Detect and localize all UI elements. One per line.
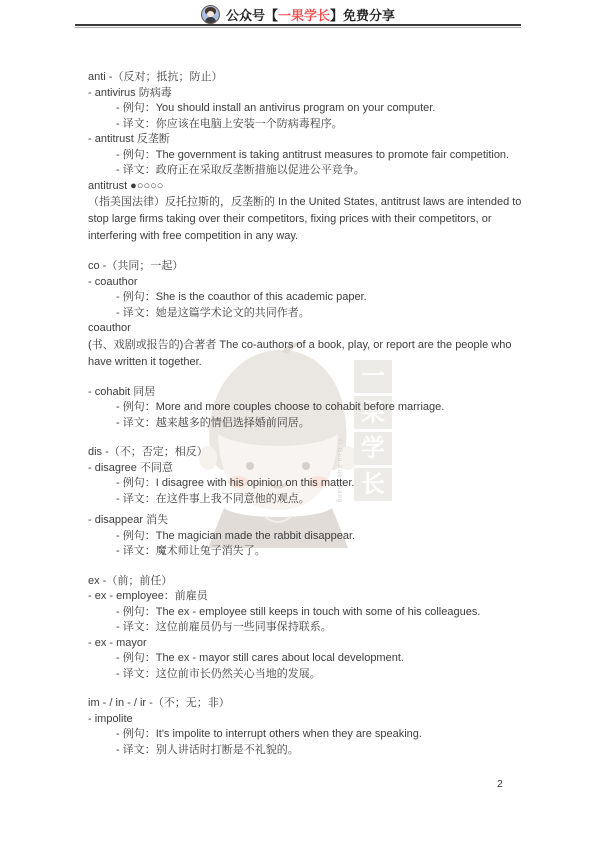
doc-line: (书、戏剧或报告的)合著者 The co-authors of a book, … <box>88 337 524 371</box>
doc-line: - 例句：More and more couples choose to coh… <box>88 400 524 416</box>
doc-line: - antitrust 反垄断 <box>88 132 524 148</box>
doc-line: - 例句：I disagree with his opinion on this… <box>88 476 524 492</box>
doc-line: - cohabit 同居 <box>88 385 524 401</box>
doc-line: - 例句：She is the coauthor of this academi… <box>88 290 524 306</box>
doc-line: - 例句：The ex - mayor still cares about lo… <box>88 651 524 667</box>
page-number: 2 <box>497 778 503 790</box>
doc-line: - 例句：It's impolite to interrupt others w… <box>88 727 524 743</box>
doc-line: - 例句：The ex - employee still keeps in to… <box>88 605 524 621</box>
doc-line: - 译文：越来越多的情侣选择婚前同居。 <box>88 416 524 432</box>
header-divider <box>75 24 521 28</box>
account-avatar-icon <box>201 5 220 24</box>
doc-line: co -（共同；一起） <box>88 259 524 275</box>
doc-line: - 译文：她是这篇学术论文的共同作者。 <box>88 306 524 322</box>
doc-line: - 译文：别人讲话时打断是不礼貌的。 <box>88 743 524 759</box>
doc-line: dis -（不；否定；相反） <box>88 445 524 461</box>
doc-line: - impolite <box>88 712 524 728</box>
doc-line: - ex - employee：前雇员 <box>88 589 524 605</box>
doc-line: coauthor <box>88 321 524 337</box>
doc-line: im - / in - / ir -（不；无；非） <box>88 696 524 712</box>
doc-line: - 译文：这位前市长仍然关心当地的发展。 <box>88 667 524 683</box>
document-page: 一果学长 Yi Guo Xue Zhang 公众号【一果学长】免费分享 anti… <box>0 0 596 842</box>
doc-line: - 译文：在这件事上我不同意他的观点。 <box>88 492 524 508</box>
doc-line: （指美国法律）反托拉斯的，反垄断的 In the United States, … <box>88 194 524 245</box>
doc-line: anti -（反对；抵抗；防止） <box>88 70 524 86</box>
doc-line: - 译文：你应该在电脑上安装一个防病毒程序。 <box>88 117 524 133</box>
doc-line: - 译文：这位前雇员仍与一些同事保持联系。 <box>88 620 524 636</box>
doc-line: - 例句：You should install an antivirus pro… <box>88 101 524 117</box>
doc-line: - disappear 消失 <box>88 513 524 529</box>
document-body: anti -（反对；抵抗；防止）- antivirus 防病毒- 例句：You … <box>88 70 524 758</box>
doc-line: - 例句：The government is taking antitrust … <box>88 148 524 164</box>
doc-line: - 译文：魔术师让兔子消失了。 <box>88 544 524 560</box>
doc-line: - antivirus 防病毒 <box>88 86 524 102</box>
header-text-prefix: 公众号【 <box>226 5 278 24</box>
doc-line: - 例句：The magician made the rabbit disapp… <box>88 529 524 545</box>
doc-line: ex -（前；前任） <box>88 574 524 590</box>
doc-line: antitrust ●○○○○ <box>88 179 524 195</box>
header-banner: 公众号【一果学长】免费分享 <box>0 4 596 24</box>
doc-line: - ex - mayor <box>88 636 524 652</box>
doc-line: - disagree 不同意 <box>88 461 524 477</box>
doc-line: - coauthor <box>88 275 524 291</box>
header-text-highlight: 一果学长 <box>278 5 330 24</box>
header-text-suffix: 】免费分享 <box>330 5 395 24</box>
doc-line: - 译文：政府正在采取反垄断措施以促进公平竞争。 <box>88 163 524 179</box>
